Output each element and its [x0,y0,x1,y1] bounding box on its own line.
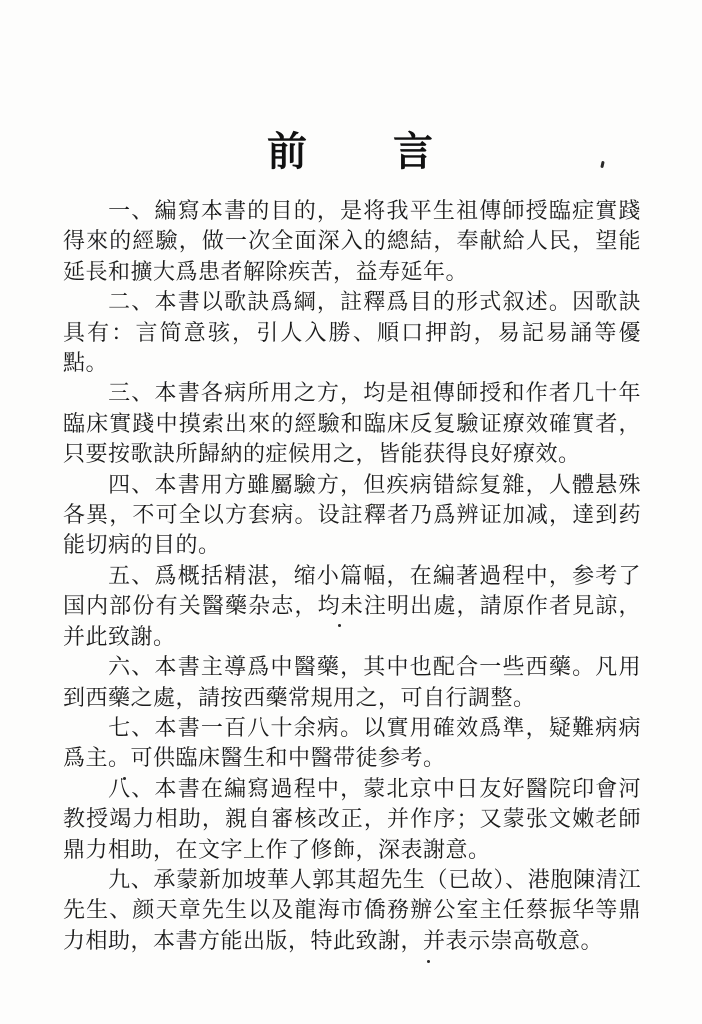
paragraph-5: 五、爲概括精湛，缩小篇幅，在編著過程中，参考了国内部份有关醫藥杂志，均未注明出處… [63,561,641,652]
page-title: 前 言 [0,120,702,177]
preface-body: 一、編寫本書的目的，是将我平生祖傳師授臨症實踐得來的經驗，做一次全面深入的總結，… [63,196,641,956]
paragraph-6: 六、本書主導爲中醫藥，其中也配合一些西藥。凡用到西藥之處，請按西藥常規用之，可自… [63,652,641,713]
paragraph-3: 三、本書各病所用之方，均是祖傳師授和作者几十年臨床實踐中摸索出來的經驗和臨床反复… [63,378,641,469]
scanned-book-page: 前 言 一、編寫本書的目的，是将我平生祖傳師授臨症實踐得來的經驗，做一次全面深入… [0,0,702,1024]
paragraph-8: 八、本書在編寫過程中，蒙北京中日友好醫院印會河教授竭力相助，親自審核改正，并作序… [63,774,641,865]
paragraph-9: 九、承蒙新加坡華人郭其超先生（已故）、港胞陳清江先生、颜天章先生以及龍海市僑務辦… [63,865,641,956]
scan-speck [427,960,430,963]
paragraph-4: 四、本書用方雖屬驗方，但疾病错綜复雜，人體悬殊各異，不可全以方套病。设註釋者乃爲… [63,470,641,561]
scan-speck [123,777,126,780]
paragraph-2: 二、本書以歌訣爲綱，註釋爲目的形式叙述。因歌訣具有：言简意骇，引人入勝、順口押韵… [63,287,641,378]
paragraph-7: 七、本書一百八十余病。以實用確效爲準，疑難病病爲主。可供臨床醫生和中醫带徒参考。 [63,713,641,774]
paragraph-1: 一、編寫本書的目的，是将我平生祖傳師授臨症實踐得來的經驗，做一次全面深入的總結，… [63,196,641,287]
scan-speck [338,624,341,627]
